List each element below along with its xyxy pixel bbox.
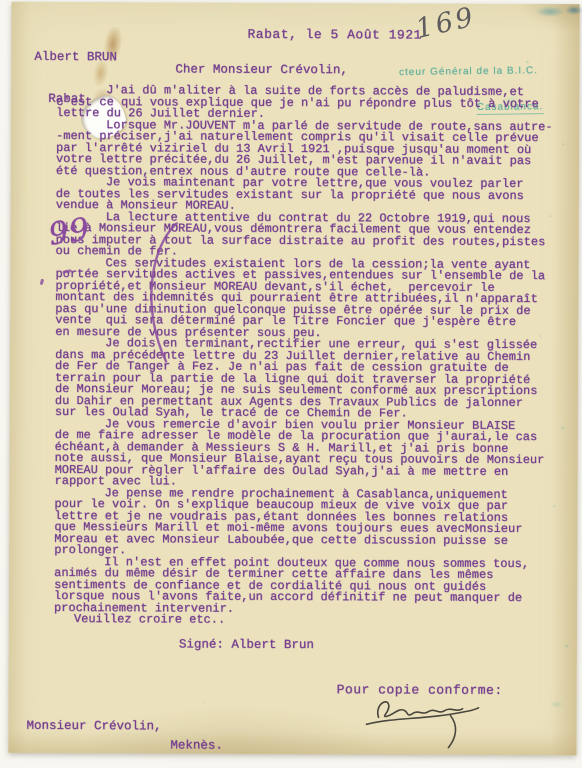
margin-annotation: 99: [46, 211, 92, 253]
paragraph: Je vous remercie d'avoir bien voulu prie…: [55, 418, 555, 489]
body-line: Veuillez croire etc..: [54, 614, 554, 628]
paragraph: Ces servitudes existaient lors de la ces…: [55, 257, 555, 340]
sender-name: Albert BRUN: [34, 50, 117, 64]
handwritten-signature: [364, 691, 490, 750]
salutation: Cher Monsieur Crévolin,: [175, 62, 348, 77]
dateline: Rabat, le 5 Août 1921: [247, 27, 421, 43]
paragraph: Je dois en terminant,rectifier une erreu…: [55, 338, 555, 421]
letter-body: J'ai dû m'aliter à la suite de forts acc…: [54, 85, 556, 628]
recipient-city: Meknès.: [170, 738, 223, 752]
signature-line: Signé: Albert Brun: [179, 638, 314, 653]
stamp-line1: cteur Général de la B.I.C.: [399, 65, 582, 78]
margin-dot-mark: [40, 279, 44, 286]
ink-stamp-smudge: [536, 4, 582, 19]
paragraph: La lecture attentive du contrat du 22 Oc…: [56, 211, 556, 259]
body-line: Moreau et avec Monsieur Laboubée,que cet…: [54, 533, 554, 547]
paragraph: Lorsque Mr.JOUVENT m'a parlé de servitud…: [56, 119, 556, 179]
paragraph: Veuillez croire etc..: [54, 614, 554, 628]
paragraph: Je pense me rendre prochainement à Casab…: [54, 487, 554, 558]
scanned-letter-paper: Albert BRUN Rabat Rabat, le 5 Août 1921 …: [8, 2, 579, 755]
recipient-name: Monsieur Crévolin,: [26, 719, 161, 734]
paragraph: Il n'est en effet point douteux que comm…: [54, 556, 554, 616]
handwritten-folio-number: 169: [413, 1, 479, 45]
paragraph: Je vois maintenant par votre lettre,que …: [56, 177, 556, 214]
margin-brace: [136, 220, 183, 364]
paragraph: J'ai dû m'aliter à la suite de forts acc…: [56, 85, 556, 122]
